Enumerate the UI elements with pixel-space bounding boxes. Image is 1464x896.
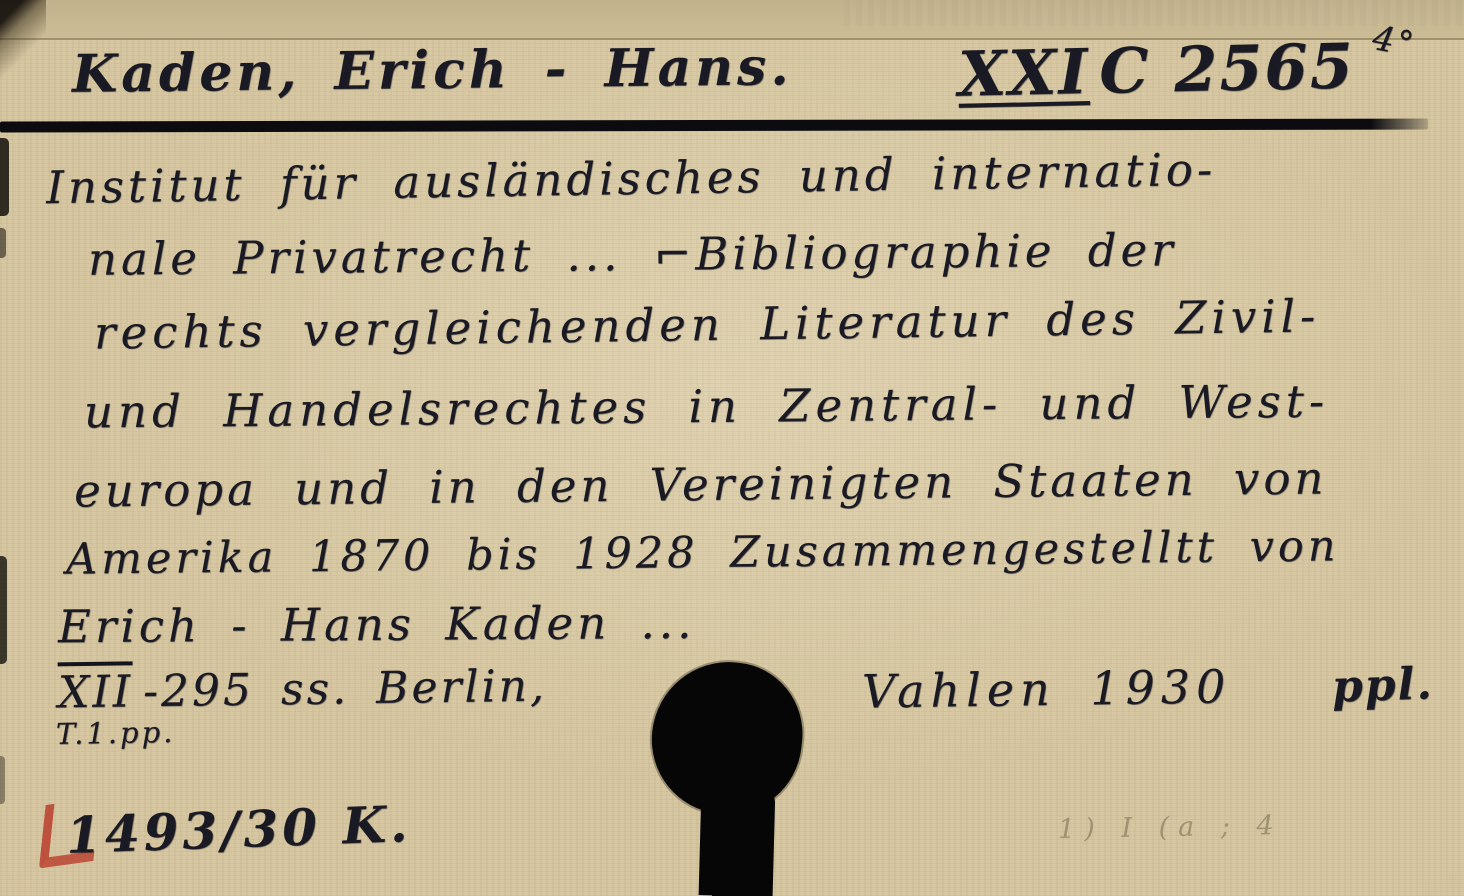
scan-artifact-top-left	[0, 0, 46, 84]
collation-pages: -295 ss. Berlin,	[143, 661, 548, 718]
header-rule	[0, 119, 1428, 133]
title-line-5: europa und in den Vereinigten Staaten vo…	[74, 451, 1328, 517]
scan-artifact-left-edge	[0, 138, 9, 216]
scan-artifact-left-edge	[0, 756, 5, 804]
publisher-year: Vahlen 1930	[862, 659, 1232, 718]
shelfmark-series: XXI	[957, 35, 1090, 111]
title-line-3: rechts vergleichenden Literatur des Zivi…	[94, 289, 1321, 359]
author-heading: Kaden, Erich - Hans.	[72, 36, 793, 105]
accession-number: 1493/30 K.	[65, 794, 412, 865]
collation-volume: XII	[58, 661, 134, 718]
punch-hole-tear	[712, 860, 764, 896]
collation-line: XII-295 ss. Berlin,	[58, 661, 548, 719]
parts-note: T.1.pp.	[56, 715, 176, 751]
title-line-1: Institut für ausländisches und internati…	[46, 143, 1217, 214]
title-line-4: und Handelsrechtes in Zentral- und West-	[84, 375, 1329, 439]
shelfmark: XXIC 25654°	[957, 21, 1416, 111]
title-line-2: nale Privatrecht ... ⌐Bibliographie der	[88, 223, 1177, 285]
scan-artifact-left-edge	[0, 228, 6, 258]
scan-artifact-left-edge	[0, 556, 7, 664]
format-mark: 4°	[1369, 18, 1418, 65]
title-line-7: Erich - Hans Kaden ...	[58, 596, 696, 653]
pencil-note: 1) I (a ; 4	[1058, 810, 1283, 845]
binding-note: ppl.	[1331, 658, 1434, 713]
title-line-6: Amerika 1870 bis 1928 Zusammengestelltt …	[66, 521, 1340, 584]
shelfmark-number: C 2565	[1099, 29, 1356, 107]
